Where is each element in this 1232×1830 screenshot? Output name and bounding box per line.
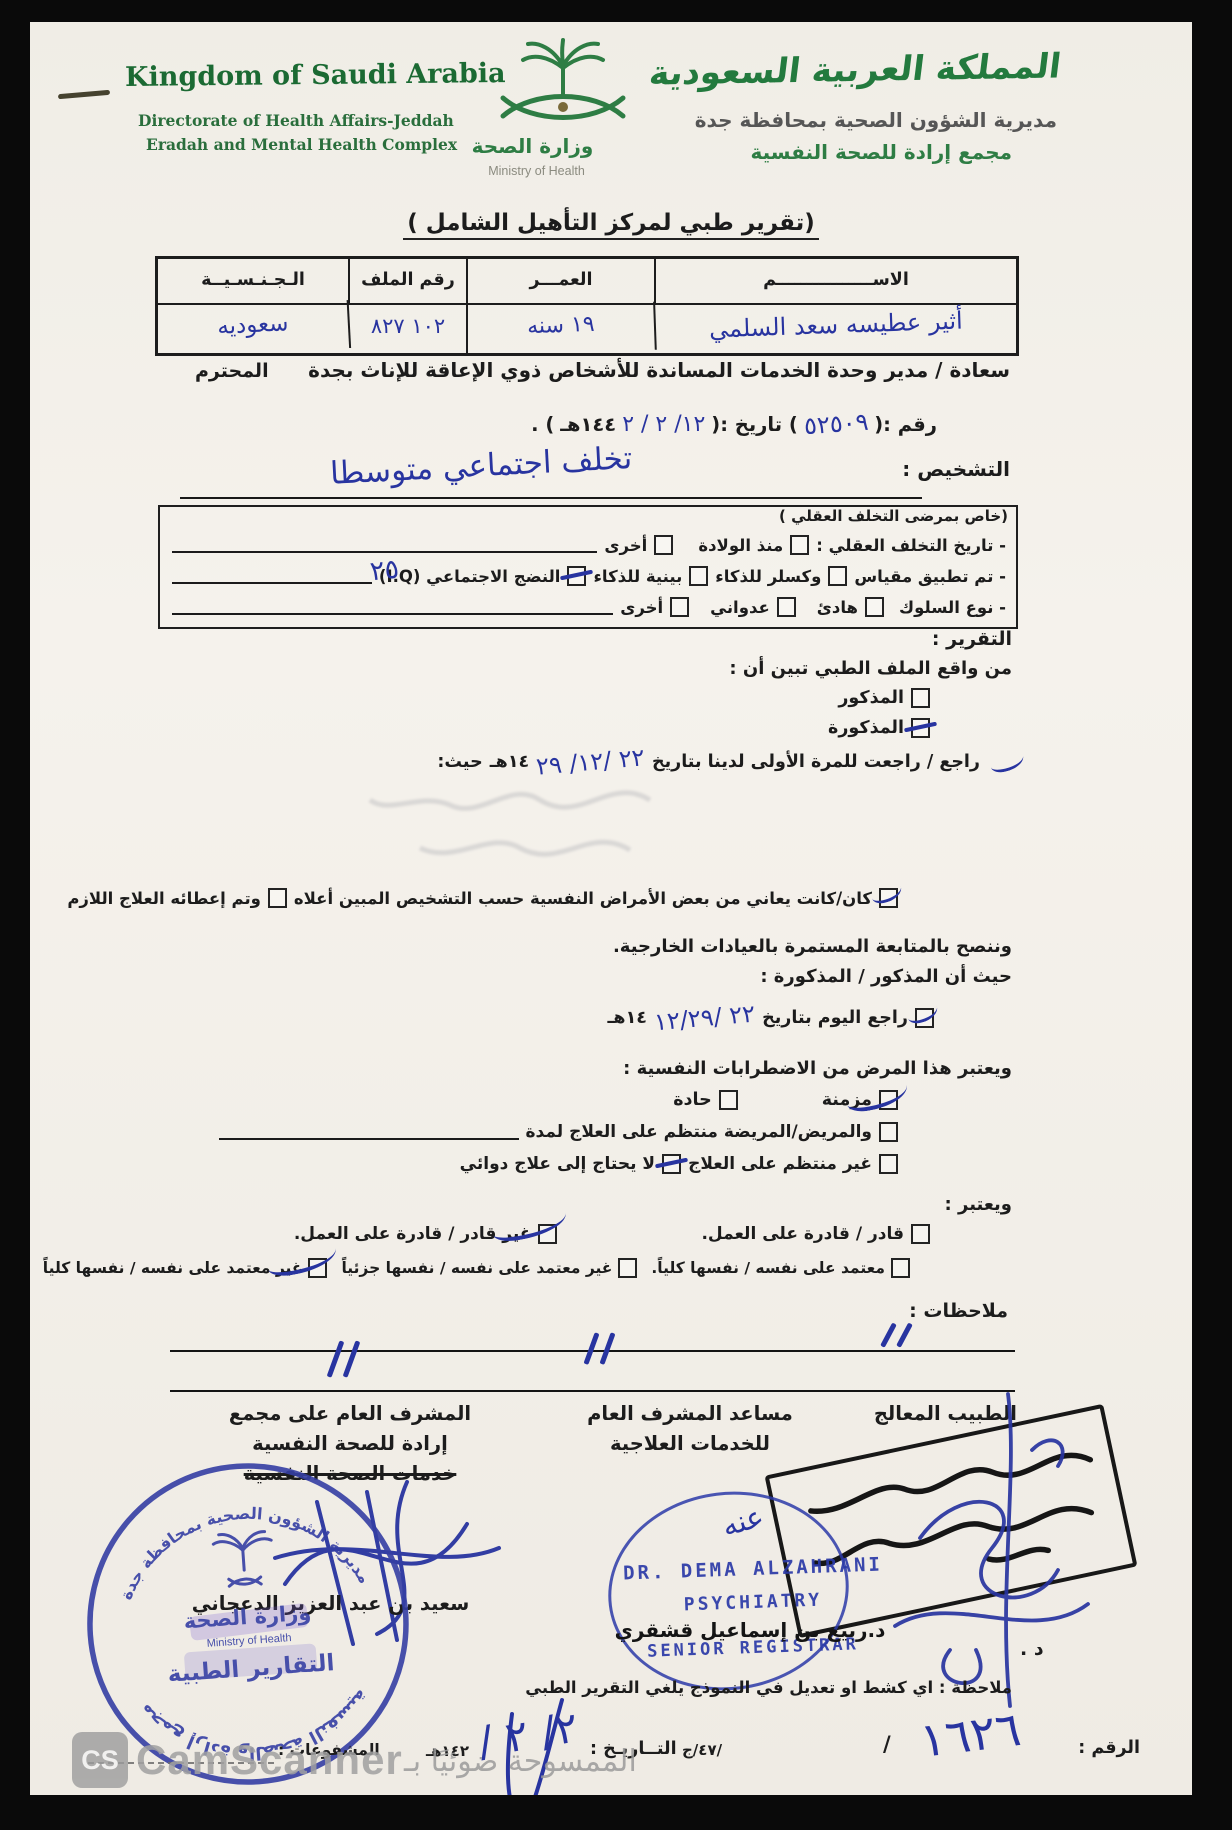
disorder-heading: ويعتبر هذا المرض من الاضطرابات النفسية :	[623, 1058, 1012, 1079]
today-visit-date: ٢٢ /١٢/٢٩	[653, 1000, 756, 1037]
header-english-sub2: Eradah and Mental Health Complex	[146, 135, 457, 154]
checkbox-since-birth	[790, 535, 809, 555]
first-visit-text: راجع / راجعت للمرة الأولى لدينا بتاريخ	[652, 752, 980, 772]
option-since-birth: منذ الولادة	[698, 536, 783, 555]
acute-label: حادة	[673, 1090, 712, 1110]
ref-date-year: ١٤٤هـ	[560, 413, 616, 436]
blue-check-social-maturity	[560, 570, 593, 581]
mental-line1-label: - تاريخ التخلف العقلي :	[816, 536, 1006, 555]
diagnosis-fill-line	[180, 497, 922, 499]
dependence-row: معتمد على نفسه / نفسها كلياً. غير معتمد …	[43, 1258, 910, 1278]
checkbox-chronic	[879, 1090, 898, 1110]
footer-separator: /	[883, 1732, 891, 1756]
work-capacity-row: قادر / قادرة على العمل. غير قادر / قادرة…	[294, 1224, 930, 1244]
iq-handwritten-value: ٢٥	[368, 554, 400, 588]
regular-treatment-fill	[219, 1125, 519, 1140]
checkbox-behavior-other	[670, 597, 689, 617]
checkbox-no-medication	[662, 1154, 681, 1174]
assistant-supervisor-name: د.ربيع بن إسماعيل قشقري	[582, 1618, 918, 1642]
first-visit-year: ١٤هـ	[490, 752, 530, 772]
able-to-work-label: قادر / قادرة على العمل.	[701, 1224, 904, 1244]
ref-line-end: ) .	[531, 413, 554, 436]
camscanner-arabic-text: الممسوحة ضوئيًا بـ	[404, 1744, 637, 1779]
camscanner-logo-icon: CS	[72, 1732, 128, 1788]
caution-note: ملاحظة : اي كشط او تعديل في النموذج يلغي…	[525, 1678, 1012, 1697]
addressee-honorific: المحترم	[195, 360, 269, 382]
camscanner-brand-text: CamScanner	[136, 1736, 403, 1784]
blue-check-female	[904, 722, 937, 733]
blue-check-today-visit	[905, 999, 940, 1026]
col-header-nationality: الـجـنـسـيــة	[158, 259, 350, 303]
notes-slash-marks-left	[322, 1340, 353, 1382]
option-aggressive: عدواني	[710, 598, 770, 617]
male-option-row: المذكور	[838, 688, 930, 708]
illness-text: كان/كانت يعاني من بعض الأمراض النفسية حس…	[294, 889, 872, 908]
irregular-treatment-label: غير منتظم على العلاج	[688, 1154, 872, 1174]
blue-check-no-medication	[655, 1158, 688, 1169]
option-wechsler: وكسلر للذكاء	[715, 567, 821, 586]
col-header-file: رقم الملف	[350, 259, 468, 303]
advice-line: وننصح بالمتابعة المستمرة بالعيادات الخار…	[613, 936, 1012, 957]
blue-tick-first-visit	[988, 748, 1026, 775]
checkbox-unable-to-work	[538, 1224, 557, 1244]
mental-box-title: (خاص بمرضى التخلف العقلي )	[779, 507, 1008, 525]
header-arabic-directorate: مديرية الشؤون الصحية بمحافظة جدة	[695, 108, 1057, 132]
patient-table-header-row: الاســــــــــــــــم العمـــر رقم الملف…	[158, 259, 1016, 305]
scan-edge-right	[1192, 0, 1232, 1830]
diagnosis-label: التشخيص :	[902, 457, 1010, 481]
doctor-signature	[800, 1388, 1130, 1718]
blue-check-illness	[869, 879, 904, 906]
option-calm: هادئ	[817, 598, 858, 617]
moh-label-arabic: وزارة الصحة	[470, 134, 595, 158]
header-english-title: Kingdom of Saudi Arabia	[125, 58, 506, 93]
scan-edge-left	[0, 0, 30, 1830]
ref-num-label: رقم :(	[874, 413, 937, 436]
header-arabic-complex: مجمع إرادة للصحة النفسية	[750, 140, 1012, 164]
checkbox-partially-independent	[618, 1258, 637, 1278]
assistant-supervisor-title-1: مساعد المشرف العام	[585, 1402, 795, 1425]
irregular-treatment-row: غير منتظم على العلاج لا يحتاج إلى علاج د…	[460, 1154, 898, 1174]
checkbox-binet	[689, 566, 708, 586]
checkbox-aggressive	[777, 597, 796, 617]
document-page: Kingdom of Saudi Arabia Directorate of H…	[30, 10, 1192, 1795]
female-label: المذكورة	[828, 718, 904, 738]
checkbox-fully-not-independent	[308, 1258, 327, 1278]
general-supervisor-title-1: المشرف العام على مجمع	[225, 1402, 475, 1425]
moh-label-english: Ministry of Health	[464, 164, 609, 178]
footer-number-handwritten: ١٦٢٦	[917, 1702, 1024, 1769]
scanned-medical-report: Kingdom of Saudi Arabia Directorate of H…	[0, 0, 1232, 1830]
footer-number-label: الرقم :	[1078, 1738, 1140, 1758]
ref-number-date-line: رقم :( ٥٢٥٠٩ ) تاريخ :( ١٢/ ٢ / ٢ ١٤٤هـ …	[531, 410, 937, 438]
line1-fill	[172, 538, 597, 553]
checkbox-wechsler	[828, 566, 847, 586]
chronic-acute-row: مزمنة حادة	[673, 1090, 898, 1110]
col-header-age: العمـــر	[468, 259, 656, 303]
corner-dash	[58, 90, 110, 100]
scan-edge-bottom	[0, 1795, 1232, 1830]
patient-age-value: ١٩ سنه	[467, 302, 657, 357]
doctor-name-prefix: د .	[1020, 1638, 1044, 1660]
notes-slash-marks-middle	[578, 1332, 609, 1369]
checkbox-illness	[879, 888, 898, 908]
whereas-line: حيث أن المذكور / المذكورة :	[760, 966, 1012, 987]
line3-fill	[172, 600, 613, 615]
patient-table-value-row: أثير عطيسه سعد السلمي ١٩ سنه ١٠٢ ٨٢٧ سعو…	[158, 305, 1016, 353]
scan-edge-top	[0, 0, 1232, 22]
checkbox-treated	[268, 888, 287, 908]
checkbox-irregular-treatment	[879, 1154, 898, 1174]
document-title-text: (تقرير طبي لمركز التأهيل الشامل )	[403, 210, 819, 240]
ink-bleed-artifact	[360, 770, 670, 880]
checkbox-able-to-work	[911, 1224, 930, 1244]
female-option-row: المذكورة	[828, 718, 930, 738]
checkbox-regular-treatment	[879, 1122, 898, 1142]
notes-label: ملاحظات :	[909, 1300, 1008, 1322]
checkbox-acute	[719, 1090, 738, 1110]
option-binet: بينية للذكاء	[593, 567, 682, 586]
fully-not-independent-label: غير معتمد على نفسه / نفسها كلياً	[43, 1259, 303, 1277]
patient-file-value: ١٠٢ ٨٢٧	[350, 305, 468, 353]
blue-check-fully-not-independent	[266, 1239, 340, 1279]
report-heading: التقرير :	[932, 628, 1012, 650]
patient-name-value: أثير عطيسه سعد السلمي	[655, 299, 1016, 360]
footer-form-code: /٤٧/ج	[682, 1741, 722, 1759]
notes-slash-marks-right	[875, 1322, 906, 1352]
regular-treatment-label: والمريض/المريضة منتظم على العلاج لمدة	[526, 1122, 872, 1142]
option-other-date: أخرى	[604, 536, 647, 555]
report-intro: من واقع الملف الطبي تبين أن :	[729, 658, 1012, 679]
col-header-name: الاســــــــــــــــم	[656, 259, 1016, 303]
checkbox-social-maturity	[567, 566, 586, 586]
mental-line2-label: - تم تطبيق مقياس	[854, 567, 1006, 586]
diagnosis-handwritten-value: تخلف اجتماعي متوسطا	[329, 440, 633, 492]
checkbox-female	[911, 718, 930, 738]
mental-box-line3: - نوع السلوك هادئ عدواني أخرى	[172, 597, 1006, 617]
assistant-supervisor-title-2: للخدمات العلاجية	[585, 1432, 795, 1455]
male-label: المذكور	[838, 688, 904, 708]
today-visit-text: راجع اليوم بتاريخ	[762, 1008, 908, 1028]
patient-table: الاســــــــــــــــم العمـــر رقم الملف…	[155, 256, 1019, 356]
document-title: (تقرير طبي لمركز التأهيل الشامل )	[30, 210, 1192, 236]
checkbox-other-date	[654, 535, 673, 555]
today-visit-row: راجع اليوم بتاريخ ٢٢ /١٢/٢٩ ١٤هـ	[607, 1004, 934, 1032]
patient-nationality-value: سعوديه	[157, 300, 351, 358]
partially-independent-label: غير معتمد على نفسه / نفسها جزئياً	[341, 1259, 612, 1277]
option-behavior-other: أخرى	[620, 598, 663, 617]
illness-row: كان/كانت يعاني من بعض الأمراض النفسية حس…	[67, 888, 898, 908]
moh-palm-logo-icon	[478, 36, 648, 136]
addressee-line: سعادة / مدير وحدة الخدمات المساندة للأشخ…	[308, 358, 1010, 382]
option-social-maturity: النضج الاجتماعي (I.Q)	[379, 567, 561, 586]
header-arabic-kingdom: المملكة العربية السعودية	[647, 46, 1063, 93]
checkbox-fully-dependent	[891, 1258, 910, 1278]
line2-fill	[172, 569, 372, 584]
camscanner-logo-letters: CS	[81, 1745, 119, 1776]
fully-dependent-label: معتمد على نفسه / نفسها كلياً.	[651, 1259, 885, 1277]
treated-text: وتم إعطائه العلاج اللازم	[67, 889, 261, 908]
round-stamp-palm-icon	[213, 1531, 274, 1587]
mental-retardation-box: (خاص بمرضى التخلف العقلي ) - تاريخ التخل…	[158, 505, 1018, 629]
checkbox-calm	[865, 597, 884, 617]
blue-check-chronic	[844, 1076, 910, 1114]
capacity-heading: ويعتبر :	[945, 1194, 1012, 1215]
checkbox-today-visit	[915, 1008, 934, 1028]
mental-box-line2: - تم تطبيق مقياس وكسلر للذكاء بينية للذك…	[172, 566, 1006, 586]
no-medication-label: لا يحتاج إلى علاج دوائي	[460, 1154, 655, 1174]
checkbox-male	[911, 688, 930, 708]
today-visit-year: ١٤هـ	[607, 1008, 647, 1028]
mental-line3-label: - نوع السلوك	[899, 598, 1006, 617]
first-visit-where: حيث:	[437, 752, 482, 772]
mental-box-line1: - تاريخ التخلف العقلي : منذ الولادة أخرى	[172, 535, 1006, 555]
ref-date-label: ) تاريخ :(	[711, 413, 797, 436]
header-english-sub1: Directorate of Health Affairs-Jeddah	[138, 111, 454, 130]
ref-num-value: ٥٢٥٠٩	[803, 408, 869, 440]
ref-date-value: ١٢/ ٢ / ٢	[622, 412, 705, 437]
regular-treatment-row: والمريض/المريضة منتظم على العلاج لمدة	[219, 1122, 898, 1142]
